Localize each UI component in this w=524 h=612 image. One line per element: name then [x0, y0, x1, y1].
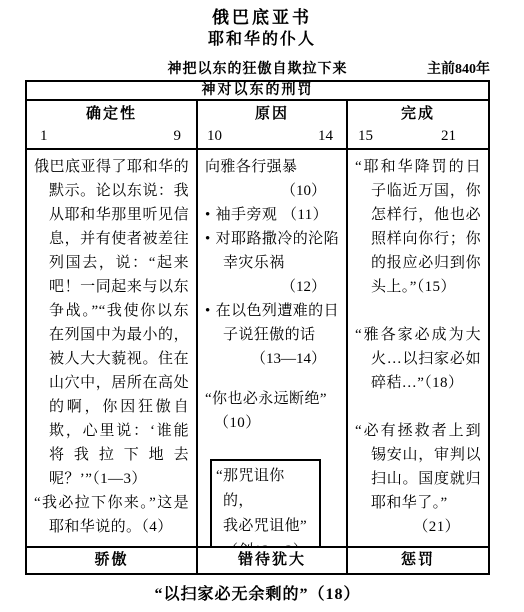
- bullet-label: 对耶路撒冷的沦陷幸灾乐祸: [216, 231, 339, 271]
- cause-heading: 向雅各行强暴: [205, 155, 339, 179]
- scripture-paragraph: 俄巴底亚得了耶和华的默示。论以东说：我从耶和华那里听见信息，并有使者被差往列国去…: [34, 155, 189, 491]
- tagline-row: 神把以东的狂傲自欺拉下来 主前840年: [25, 58, 490, 76]
- theme-tagline: 神把以东的狂傲自欺拉下来: [168, 58, 348, 78]
- column-header-row: 确定性 1 9 原因 10 14 完成 15 21: [27, 101, 488, 150]
- verse-end: 9: [174, 127, 182, 145]
- bullet-item: •对耶路撒冷的沦陷幸灾乐祸: [205, 227, 339, 275]
- verse-ref: （21）: [355, 515, 481, 539]
- verse-ref: （12）: [205, 275, 339, 299]
- genesis-quote-box: “那咒诅你的， 我必咒诅他” （创12：3）: [210, 459, 321, 546]
- verse-range: 10 14: [198, 127, 346, 148]
- body-cell-certainty: 俄巴底亚得了耶和华的默示。论以东说：我从耶和华那里听见信息，并有使者被差往列国去…: [27, 150, 198, 546]
- table-title: 神对以东的刑罚: [27, 82, 488, 101]
- header-cell-completion: 完成 15 21: [348, 101, 488, 148]
- table-footer-row: 骄傲 错待犹大 惩罚: [27, 548, 488, 573]
- footer-quote: “以扫家必无余剩的”（18）: [25, 581, 490, 604]
- scripture-paragraph: “必有拯救者上到锡安山，审判以扫山。国度就归耶和华了。”: [355, 419, 481, 515]
- bullet-text: •袖手旁观: [205, 203, 277, 227]
- verse-start: 15: [358, 127, 373, 145]
- column-header: 确定性: [27, 101, 196, 127]
- quote-line: “你也必永远断绝”: [205, 387, 339, 411]
- bullet-item: •袖手旁观 （11）: [205, 203, 339, 227]
- verse-range: 1 9: [27, 127, 196, 148]
- verse-ref: （10）: [205, 411, 339, 435]
- box-quote-ref: （创12：3）: [223, 539, 315, 546]
- scripture-paragraph: “耶和华降罚的日子临近万国，你怎样行，他也必照样向你行；你的报应必归到你头上。”…: [355, 155, 481, 299]
- column-header: 原因: [198, 101, 346, 127]
- verse-range: 15 21: [348, 127, 488, 148]
- document-page: 俄巴底亚书 耶和华的仆人 神把以东的狂傲自欺拉下来 主前840年 神对以东的刑罚…: [0, 0, 524, 612]
- book-title: 俄巴底亚书: [0, 0, 524, 29]
- header-cell-certainty: 确定性 1 9: [27, 101, 198, 148]
- footer-label-punishment: 惩罚: [348, 548, 488, 573]
- footer-label-mistreatment: 错待犹大: [198, 548, 348, 573]
- bullet-label: 在以色列遭难的日子说狂傲的话: [216, 303, 339, 343]
- verse-ref: （10）: [205, 179, 339, 203]
- body-cell-completion: “耶和华降罚的日子临近万国，你怎样行，他也必照样向你行；你的报应必归到你头上。”…: [348, 150, 488, 546]
- scripture-paragraph: “雅各家必成为大火…以扫家必如碎秸…”（18）: [355, 323, 481, 395]
- box-quote-line: 我必咒诅他”: [223, 514, 315, 539]
- verse-end: 21: [441, 127, 456, 145]
- bullet-item: •在以色列遭难的日子说狂傲的话: [205, 299, 339, 347]
- column-header: 完成: [348, 101, 488, 127]
- bullet-label: 袖手旁观: [216, 207, 278, 223]
- bullet-icon: •: [205, 207, 211, 223]
- verse-end: 14: [318, 127, 333, 145]
- body-cell-cause: 向雅各行强暴 （10） •袖手旁观 （11） •对耶路撒冷的沦陷幸灾乐祸 （12…: [198, 150, 348, 546]
- verse-ref: （13—14）: [205, 347, 339, 371]
- verse-ref: （11）: [282, 203, 328, 227]
- date-label: 主前840年: [427, 58, 490, 78]
- bullet-icon: •: [205, 231, 211, 247]
- table-body-row: 俄巴底亚得了耶和华的默示。论以东说：我从耶和华那里听见信息，并有使者被差往列国去…: [27, 150, 488, 548]
- book-subtitle: 耶和华的仆人: [0, 29, 524, 51]
- header-cell-cause: 原因 10 14: [198, 101, 348, 148]
- bullet-icon: •: [205, 303, 211, 319]
- scripture-paragraph: “我必拉下你来。”这是耶和华说的。（4）: [34, 491, 189, 539]
- box-quote-line: “那咒诅你的，: [223, 464, 315, 514]
- verse-start: 1: [40, 127, 48, 145]
- verse-start: 10: [207, 127, 222, 145]
- footer-label-pride: 骄傲: [27, 548, 198, 573]
- outline-table: 神对以东的刑罚 确定性 1 9 原因 10 14 完成 15: [25, 80, 490, 575]
